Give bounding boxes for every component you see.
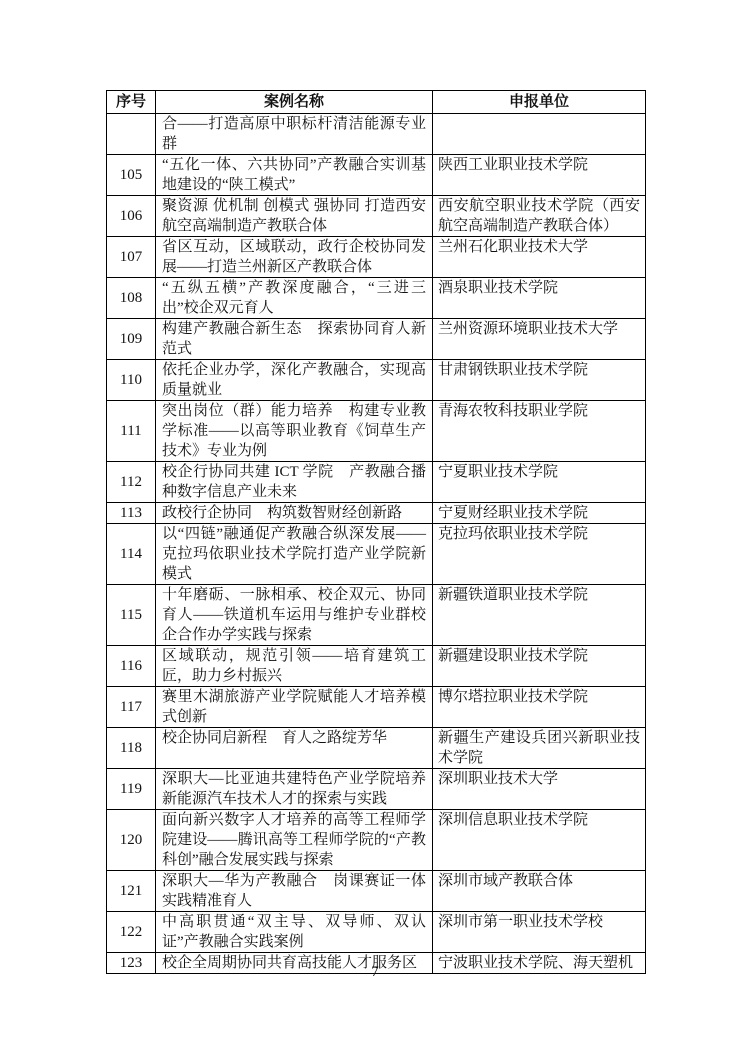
case-name-cell: 赛里木湖旅游产业学院赋能人才培养模式创新 (156, 687, 433, 728)
table-row: 105“五化一体、六共协同”产教融合实训基地建设的“陕工模式”陕西工业职业技术学… (107, 155, 646, 196)
table-row: 106聚资源 优机制 创模式 强协同 打造西安航空高端制造产教联合体西安航空职业… (107, 196, 646, 237)
case-name-cell: 省区互动，区域联动，政行企校协同发展——打造兰州新区产教联合体 (156, 237, 433, 278)
reporting-unit-cell: 博尔塔拉职业技术学院 (433, 687, 646, 728)
table-row: 107省区互动，区域联动，政行企校协同发展——打造兰州新区产教联合体兰州石化职业… (107, 237, 646, 278)
table-row: 117赛里木湖旅游产业学院赋能人才培养模式创新博尔塔拉职业技术学院 (107, 687, 646, 728)
row-serial-number-cell (107, 114, 156, 155)
table-row: 121深职大—华为产教融合 岗课赛证一体实践精准育人深圳市域产教联合体 (107, 871, 646, 912)
reporting-unit-cell: 宁夏财经职业技术学院 (433, 503, 646, 524)
case-name-cell: “五化一体、六共协同”产教融合实训基地建设的“陕工模式” (156, 155, 433, 196)
header-reporting-unit: 申报单位 (433, 91, 646, 114)
case-name-cell: 构建产教融合新生态 探索协同育人新范式 (156, 319, 433, 360)
document-page: 序号 案例名称 申报单位 合——打造高原中职标杆清洁能源专业群105“五化一体、… (0, 0, 750, 1061)
table-row: 116区域联动，规范引领——培育建筑工匠，助力乡村振兴新疆建设职业技术学院 (107, 646, 646, 687)
table-row: 113政校行企协同 构筑数智财经创新路宁夏财经职业技术学院 (107, 503, 646, 524)
table-row: 118校企协同启新程 育人之路绽芳华新疆生产建设兵团兴新职业技术学院 (107, 728, 646, 769)
row-serial-number-cell: 122 (107, 912, 156, 953)
table-row: 114以“四链”融通促产教融合纵深发展——克拉玛依职业技术学院打造产业学院新模式… (107, 524, 646, 585)
reporting-unit-cell: 兰州石化职业技术大学 (433, 237, 646, 278)
reporting-unit-cell (433, 114, 646, 155)
case-name-cell: 校企行协同共建 ICT 学院 产教融合播种数字信息产业未来 (156, 462, 433, 503)
table-row: 108“五纵五横”产教深度融合，“三进三出”校企双元育人酒泉职业技术学院 (107, 278, 646, 319)
row-serial-number-cell: 108 (107, 278, 156, 319)
reporting-unit-cell: 深圳信息职业技术学院 (433, 810, 646, 871)
reporting-unit-cell: 陕西工业职业技术学院 (433, 155, 646, 196)
row-serial-number-cell: 112 (107, 462, 156, 503)
case-name-cell: 深职大—比亚迪共建特色产业学院培养新能源汽车技术人才的探索与实践 (156, 769, 433, 810)
reporting-unit-cell: 酒泉职业技术学院 (433, 278, 646, 319)
table-header-row: 序号 案例名称 申报单位 (107, 91, 646, 114)
header-case-name: 案例名称 (156, 91, 433, 114)
row-serial-number-cell: 105 (107, 155, 156, 196)
case-name-cell: 依托企业办学，深化产教融合，实现高质量就业 (156, 360, 433, 401)
header-serial-number: 序号 (107, 91, 156, 114)
row-serial-number-cell: 109 (107, 319, 156, 360)
table-row: 122中高职贯通“双主导、双导师、双认证”产教融合实践案例深圳市第一职业技术学校 (107, 912, 646, 953)
reporting-unit-cell: 深圳职业技术大学 (433, 769, 646, 810)
reporting-unit-cell: 新疆建设职业技术学院 (433, 646, 646, 687)
page-number: 7 (0, 964, 750, 981)
case-name-cell: 校企协同启新程 育人之路绽芳华 (156, 728, 433, 769)
reporting-unit-cell: 青海农牧科技职业学院 (433, 401, 646, 462)
case-table: 序号 案例名称 申报单位 合——打造高原中职标杆清洁能源专业群105“五化一体、… (106, 90, 646, 974)
case-name-cell: 以“四链”融通促产教融合纵深发展——克拉玛依职业技术学院打造产业学院新模式 (156, 524, 433, 585)
reporting-unit-cell: 深圳市域产教联合体 (433, 871, 646, 912)
table-row: 合——打造高原中职标杆清洁能源专业群 (107, 114, 646, 155)
table-row: 120面向新兴数字人才培养的高等工程师学院建设——腾讯高等工程师学院的“产教科创… (107, 810, 646, 871)
case-name-cell: 聚资源 优机制 创模式 强协同 打造西安航空高端制造产教联合体 (156, 196, 433, 237)
row-serial-number-cell: 116 (107, 646, 156, 687)
case-name-cell: 区域联动，规范引领——培育建筑工匠，助力乡村振兴 (156, 646, 433, 687)
table-row: 112校企行协同共建 ICT 学院 产教融合播种数字信息产业未来宁夏职业技术学院 (107, 462, 646, 503)
reporting-unit-cell: 深圳市第一职业技术学校 (433, 912, 646, 953)
row-serial-number-cell: 118 (107, 728, 156, 769)
case-name-cell: “五纵五横”产教深度融合，“三进三出”校企双元育人 (156, 278, 433, 319)
row-serial-number-cell: 113 (107, 503, 156, 524)
row-serial-number-cell: 121 (107, 871, 156, 912)
case-table-body: 合——打造高原中职标杆清洁能源专业群105“五化一体、六共协同”产教融合实训基地… (107, 114, 646, 974)
table-row: 115十年磨砺、一脉相承、校企双元、协同育人——铁道机车运用与维护专业群校企合作… (107, 585, 646, 646)
case-name-cell: 深职大—华为产教融合 岗课赛证一体实践精准育人 (156, 871, 433, 912)
reporting-unit-cell: 新疆生产建设兵团兴新职业技术学院 (433, 728, 646, 769)
row-serial-number-cell: 107 (107, 237, 156, 278)
reporting-unit-cell: 克拉玛依职业技术学院 (433, 524, 646, 585)
row-serial-number-cell: 114 (107, 524, 156, 585)
case-name-cell: 合——打造高原中职标杆清洁能源专业群 (156, 114, 433, 155)
row-serial-number-cell: 117 (107, 687, 156, 728)
table-row: 111突出岗位（群）能力培养 构建专业教学标准——以高等职业教育《饲草生产技术》… (107, 401, 646, 462)
case-name-cell: 中高职贯通“双主导、双导师、双认证”产教融合实践案例 (156, 912, 433, 953)
row-serial-number-cell: 110 (107, 360, 156, 401)
table-row: 109构建产教融合新生态 探索协同育人新范式兰州资源环境职业技术大学 (107, 319, 646, 360)
case-name-cell: 突出岗位（群）能力培养 构建专业教学标准——以高等职业教育《饲草生产技术》专业为… (156, 401, 433, 462)
case-name-cell: 十年磨砺、一脉相承、校企双元、协同育人——铁道机车运用与维护专业群校企合作办学实… (156, 585, 433, 646)
row-serial-number-cell: 119 (107, 769, 156, 810)
table-row: 119深职大—比亚迪共建特色产业学院培养新能源汽车技术人才的探索与实践深圳职业技… (107, 769, 646, 810)
reporting-unit-cell: 甘肃钢铁职业技术学院 (433, 360, 646, 401)
reporting-unit-cell: 兰州资源环境职业技术大学 (433, 319, 646, 360)
table-row: 110依托企业办学，深化产教融合，实现高质量就业甘肃钢铁职业技术学院 (107, 360, 646, 401)
reporting-unit-cell: 新疆铁道职业技术学院 (433, 585, 646, 646)
row-serial-number-cell: 106 (107, 196, 156, 237)
row-serial-number-cell: 120 (107, 810, 156, 871)
row-serial-number-cell: 115 (107, 585, 156, 646)
reporting-unit-cell: 西安航空职业技术学院（西安航空高端制造产教联合体） (433, 196, 646, 237)
case-name-cell: 面向新兴数字人才培养的高等工程师学院建设——腾讯高等工程师学院的“产教科创”融合… (156, 810, 433, 871)
row-serial-number-cell: 111 (107, 401, 156, 462)
reporting-unit-cell: 宁夏职业技术学院 (433, 462, 646, 503)
case-name-cell: 政校行企协同 构筑数智财经创新路 (156, 503, 433, 524)
